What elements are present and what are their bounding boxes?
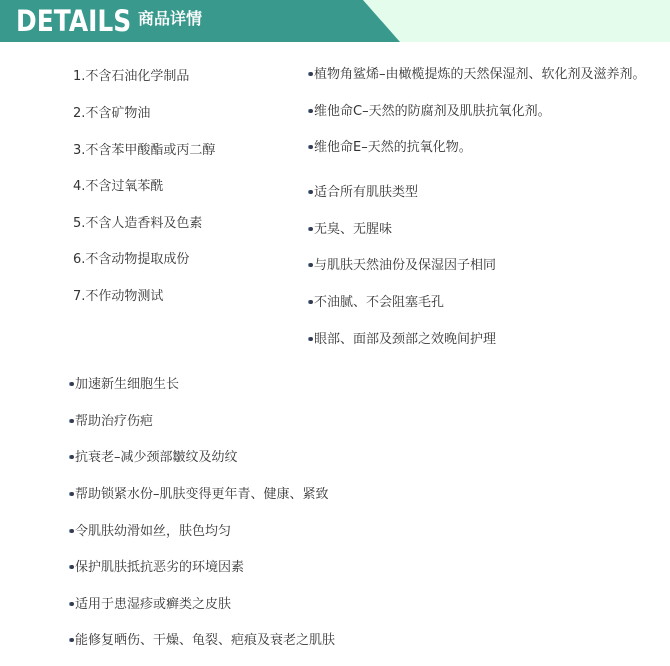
item-text: 适合所有肌肤类型 <box>314 185 418 200</box>
list-item: 能修复晒伤、干燥、龟裂、疤痕及衰老之肌肤 <box>70 633 335 649</box>
bullet-icon <box>70 419 74 423</box>
bullet-icon <box>70 382 74 386</box>
bullet-icon <box>70 455 74 459</box>
item-number: 7. <box>73 289 85 304</box>
item-number: 4. <box>73 179 85 194</box>
item-text: 帮助锁紧水份–肌肤变得更年青、健康、紧致 <box>75 487 329 502</box>
list-item: 眼部、面部及颈部之效晚间护理 <box>309 332 496 348</box>
list-item: 4.不含过氧苯酰 <box>73 179 163 195</box>
item-text: 不含人造香料及色素 <box>85 216 202 231</box>
bullet-icon <box>309 263 313 267</box>
bullet-icon <box>70 565 74 569</box>
bullet-icon <box>309 72 313 76</box>
bullet-icon <box>309 337 313 341</box>
list-item: 不油腻、不会阻塞毛孔 <box>309 295 444 311</box>
list-item: 维他命E–天然的抗氧化物。 <box>309 140 472 156</box>
bullet-icon <box>309 109 313 113</box>
item-text: 不含矿物油 <box>85 106 150 121</box>
list-item: 7.不作动物测试 <box>73 289 163 305</box>
item-text: 不含石油化学制品 <box>85 69 189 84</box>
header-subtitle: 商品详情 <box>138 9 202 29</box>
list-item: 2.不含矿物油 <box>73 106 150 122</box>
list-item: 帮助治疗伤疤 <box>70 414 153 430</box>
header-title: DETAILS <box>16 5 131 37</box>
item-text: 不作动物测试 <box>85 289 163 304</box>
item-text: 眼部、面部及颈部之效晚间护理 <box>314 332 496 347</box>
list-item: 帮助锁紧水份–肌肤变得更年青、健康、紧致 <box>70 487 329 503</box>
item-number: 5. <box>73 216 85 231</box>
item-text: 不含动物提取成份 <box>85 252 189 267</box>
item-number: 3. <box>73 143 85 158</box>
list-item: 与肌肤天然油份及保湿因子相同 <box>309 258 496 274</box>
item-text: 抗衰老–减少颈部皺纹及幼纹 <box>75 450 238 465</box>
list-item: 抗衰老–减少颈部皺纹及幼纹 <box>70 450 238 466</box>
list-item: 维他命C–天然的防腐剂及肌肤抗氧化剂。 <box>309 104 551 120</box>
item-text: 令肌肤幼滑如丝，肤色均匀 <box>75 524 231 539</box>
item-text: 不油腻、不会阻塞毛孔 <box>314 295 444 310</box>
item-text: 维他命C–天然的防腐剂及肌肤抗氧化剂。 <box>314 104 551 119</box>
bullet-icon <box>70 492 74 496</box>
item-text: 不含苯甲酸酯或丙二醇 <box>85 143 215 158</box>
list-item: 6.不含动物提取成份 <box>73 252 189 268</box>
item-text: 无臭、无腥味 <box>314 222 392 237</box>
item-text: 不含过氧苯酰 <box>85 179 163 194</box>
list-item: 加速新生细胞生长 <box>70 377 179 393</box>
item-number: 1. <box>73 69 85 84</box>
item-text: 植物角鲨烯–由橄榄提炼的天然保湿剂、软化剂及滋养剂。 <box>314 67 646 82</box>
item-text: 与肌肤天然油份及保湿因子相同 <box>314 258 496 273</box>
bullet-icon <box>70 638 74 642</box>
bullet-icon <box>309 190 313 194</box>
bullet-icon <box>309 227 313 231</box>
list-item: 3.不含苯甲酸酯或丙二醇 <box>73 143 215 159</box>
item-text: 保护肌肤抵抗恶劣的环境因素 <box>75 560 244 575</box>
item-text: 能修复晒伤、干燥、龟裂、疤痕及衰老之肌肤 <box>75 633 335 648</box>
list-item: 5.不含人造香料及色素 <box>73 216 202 232</box>
list-item: 适用于患湿疹或癣类之皮肤 <box>70 597 231 613</box>
item-number: 6. <box>73 252 85 267</box>
bullet-icon <box>70 602 74 606</box>
item-text: 维他命E–天然的抗氧化物。 <box>314 140 472 155</box>
bullet-icon <box>70 529 74 533</box>
bullet-icon <box>309 300 313 304</box>
list-item: 植物角鲨烯–由橄榄提炼的天然保湿剂、软化剂及滋养剂。 <box>309 67 646 83</box>
list-item: 令肌肤幼滑如丝，肤色均匀 <box>70 524 231 540</box>
details-header: DETAILS 商品详情 <box>0 0 670 42</box>
bullet-icon <box>309 145 313 149</box>
item-text: 帮助治疗伤疤 <box>75 414 153 429</box>
item-text: 适用于患湿疹或癣类之皮肤 <box>75 597 231 612</box>
item-number: 2. <box>73 106 85 121</box>
item-text: 加速新生细胞生长 <box>75 377 179 392</box>
list-item: 保护肌肤抵抗恶劣的环境因素 <box>70 560 244 576</box>
list-item: 无臭、无腥味 <box>309 222 392 238</box>
list-item: 适合所有肌肤类型 <box>309 185 418 201</box>
list-item: 1.不含石油化学制品 <box>73 69 189 85</box>
